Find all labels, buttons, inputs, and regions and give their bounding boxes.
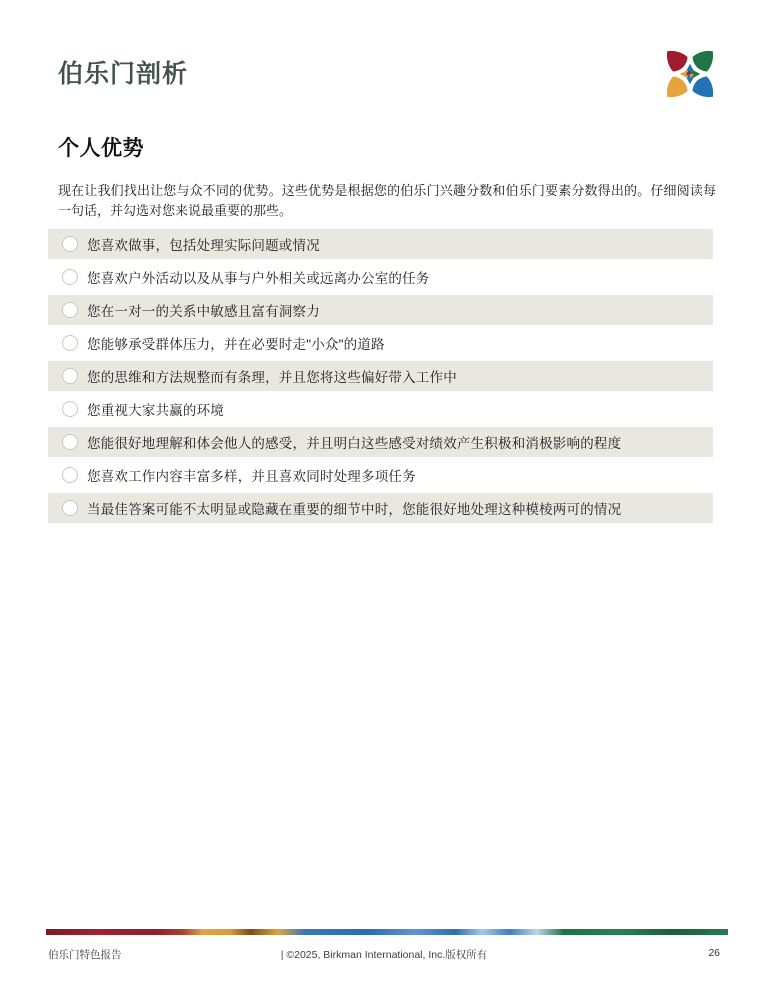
footer-page-number: 26 xyxy=(708,947,720,959)
strength-row[interactable]: 您在一对一的关系中敏感且富有洞察力 xyxy=(48,295,713,325)
strength-checkbox[interactable] xyxy=(62,500,78,516)
strengths-list: 您喜欢做事，包括处理实际问题或情况 您喜欢户外活动以及从事与户外相关或远离办公室… xyxy=(48,229,713,523)
strength-label: 您喜欢户外活动以及从事与户外相关或远离办公室的任务 xyxy=(87,267,430,287)
section-intro-text: 现在让我们找出让您与众不同的优势。这些优势是根据您的伯乐门兴趣分数和伯乐门要素分… xyxy=(58,181,716,220)
strength-checkbox[interactable] xyxy=(62,269,78,285)
footer: 伯乐门特色报告 | ©2025, Birkman International, … xyxy=(48,947,720,963)
strength-row[interactable]: 您能够承受群体压力，并在必要时走"小众"的道路 xyxy=(48,328,713,358)
strength-label: 您喜欢工作内容丰富多样，并且喜欢同时处理多项任务 xyxy=(87,465,416,485)
strength-checkbox[interactable] xyxy=(62,302,78,318)
strength-row[interactable]: 您喜欢户外活动以及从事与户外相关或远离办公室的任务 xyxy=(48,262,713,292)
strength-label: 您重视大家共赢的环境 xyxy=(87,399,224,419)
strength-checkbox[interactable] xyxy=(62,368,78,384)
strength-row[interactable]: 您喜欢工作内容丰富多样，并且喜欢同时处理多项任务 xyxy=(48,460,713,490)
footer-color-bar xyxy=(46,929,728,935)
strength-label: 您在一对一的关系中敏感且富有洞察力 xyxy=(87,300,320,320)
strength-row[interactable]: 您的思维和方法规整而有条理，并且您将这些偏好带入工作中 xyxy=(48,361,713,391)
strength-checkbox[interactable] xyxy=(62,335,78,351)
strength-label: 您的思维和方法规整而有条理，并且您将这些偏好带入工作中 xyxy=(87,366,457,386)
section-heading: 个人优势 xyxy=(58,132,144,162)
strength-row[interactable]: 当最佳答案可能不太明显或隐藏在重要的细节中时，您能很好地处理这种模棱两可的情况 xyxy=(48,493,713,523)
strength-label: 当最佳答案可能不太明显或隐藏在重要的细节中时，您能很好地处理这种模棱两可的情况 xyxy=(87,498,621,518)
strength-checkbox[interactable] xyxy=(62,236,78,252)
strength-label: 您能很好地理解和体会他人的感受，并且明白这些感受对绩效产生积极和消极影响的程度 xyxy=(87,432,621,452)
strength-row[interactable]: 您重视大家共赢的环境 xyxy=(48,394,713,424)
strength-row[interactable]: 您能很好地理解和体会他人的感受，并且明白这些感受对绩效产生积极和消极影响的程度 xyxy=(48,427,713,457)
report-title: 伯乐门剖析 xyxy=(58,54,188,90)
strength-checkbox[interactable] xyxy=(62,434,78,450)
strength-checkbox[interactable] xyxy=(62,401,78,417)
birkman-logo-icon xyxy=(660,44,720,104)
report-page: 伯乐门剖析 个人优势 现在让我们找出让您与众不同的优势。这些优势是根据您的伯乐门… xyxy=(0,0,768,994)
footer-copyright: | ©2025, Birkman International, Inc.版权所有 xyxy=(48,947,720,962)
strength-row[interactable]: 您喜欢做事，包括处理实际问题或情况 xyxy=(48,229,713,259)
strength-label: 您喜欢做事，包括处理实际问题或情况 xyxy=(87,234,320,254)
strength-label: 您能够承受群体压力，并在必要时走"小众"的道路 xyxy=(87,333,385,353)
strength-checkbox[interactable] xyxy=(62,467,78,483)
